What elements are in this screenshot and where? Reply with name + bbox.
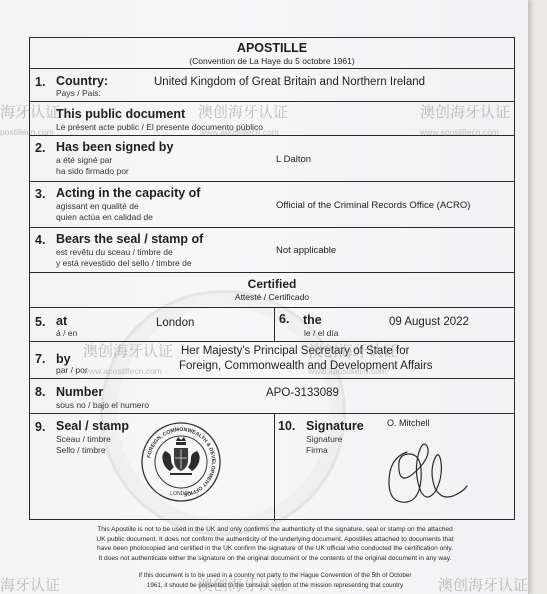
capacity-value: Official of the Criminal Records Office … <box>276 200 470 211</box>
date-value: 09 August 2022 <box>389 316 469 328</box>
signed-by-sublabel-fr: a été signé par <box>56 155 112 166</box>
watermark-text: 海牙认证 <box>0 101 60 122</box>
disclaimer-line: This Apostille is not to be used in the … <box>40 525 510 535</box>
disclaimer-line: UK public document. It does not confirm … <box>40 535 510 545</box>
country-label: Country: <box>56 74 108 88</box>
row-number: 7. <box>35 352 45 366</box>
at-sublabel: á / en <box>56 328 77 339</box>
watermark-url: www.apostillecn.com <box>308 366 387 376</box>
signature-sublabel-fr: Signature <box>306 434 342 445</box>
row-country: 1. Country: Pays / Pais: United Kingdom … <box>30 69 514 102</box>
certified-label: Certified <box>30 277 514 291</box>
watermark-url: postillecn.com <box>0 127 54 137</box>
apostille-number-value: APO-3133089 <box>266 387 339 399</box>
seal-of-label: Bears the seal / stamp of <box>56 232 203 246</box>
capacity-sublabel-fr: agissant en qualité de <box>56 201 139 212</box>
seal-of-value: Not applicable <box>276 245 336 256</box>
at-label: at <box>56 314 67 328</box>
number-sublabel: sous no / bajo el numero <box>56 400 149 411</box>
row-number: 9. <box>35 420 45 434</box>
handwritten-signature-icon <box>385 438 485 508</box>
watermark-text: 海牙认证 <box>0 574 60 594</box>
date-label: the <box>303 313 322 327</box>
watermark-text: 澳创海牙认证 <box>420 101 510 122</box>
disclaimer-line: have been photocopied and certified in t… <box>40 544 510 554</box>
place-value: London <box>156 317 194 329</box>
watermark-url: www.apostillecn.com <box>200 127 279 137</box>
watermark-url: www.apostillecn.com <box>420 127 499 137</box>
public-document-label: This public document <box>56 107 185 121</box>
capacity-label: Acting in the capacity of <box>56 186 200 200</box>
row-number: 2. <box>35 141 45 155</box>
row-seal-signature: 9. Seal / stamp Sceau / timbre Sello / t… <box>30 414 514 521</box>
seal-of-sublabel-fr: est revêtu du sceau / timbre de <box>56 247 173 258</box>
row-number: 10. <box>278 419 295 433</box>
row-signed-by: 2. Has been signed by a été signé par ha… <box>30 136 514 182</box>
date-sublabel: le / el día <box>304 328 339 339</box>
seal-of-sublabel-es: y está revestido del sello / timbre de <box>56 258 192 269</box>
signature-sublabel-es: Firma <box>306 445 328 456</box>
disclaimer-line: It does not authenticate either the sign… <box>40 554 510 564</box>
apostille-subtitle: (Convention de La Haye du 5 octobre 1961… <box>30 56 514 66</box>
signed-by-value: L Dalton <box>276 154 311 165</box>
apostille-header: APOSTILLE (Convention de La Haye du 5 oc… <box>30 38 514 69</box>
watermark-text: 澳创海牙认证 <box>198 574 288 594</box>
row-number: 8. <box>35 385 45 399</box>
fcdo-crest-icon: FOREIGN, COMMONWEALTH & DEVELOPMENT OFFI… <box>140 421 222 503</box>
row-number: 4. <box>35 233 45 247</box>
row-capacity: 3. Acting in the capacity of agissant en… <box>30 182 514 228</box>
svg-text:LONDON: LONDON <box>170 491 192 497</box>
row-number: 6. <box>279 312 289 326</box>
column-divider <box>274 308 275 341</box>
row-seal-of: 4. Bears the seal / stamp of est revêtu … <box>30 228 514 273</box>
country-value: United Kingdom of Great Britain and Nort… <box>154 76 425 88</box>
by-label: by <box>56 352 71 366</box>
watermark-text: 澳创海牙认证 <box>83 340 173 361</box>
seal-sublabel-fr: Sceau / timbre <box>56 434 111 445</box>
row-number: 1. <box>35 75 45 89</box>
watermark-text: 澳创海牙认证 <box>308 340 398 361</box>
number-label: Number <box>56 385 103 399</box>
row-certified: Certified Attesté / Certificado <box>30 273 514 308</box>
row-number: 8. Number sous no / bajo el numero APO-3… <box>30 379 514 414</box>
capacity-sublabel-es: quien actúa en calidad de <box>56 212 153 223</box>
watermark-url: www.apostillecn.com <box>83 366 162 376</box>
column-divider <box>274 414 275 521</box>
seal-label: Seal / stamp <box>56 419 129 433</box>
fcdo-stamp: FOREIGN, COMMONWEALTH & DEVELOPMENT OFFI… <box>140 421 222 503</box>
row-number: 5. <box>35 315 45 329</box>
row-place-date: 5. at á / en London 6. the le / el día 0… <box>30 308 514 342</box>
signed-by-sublabel-es: ha sido firmado por <box>56 166 129 177</box>
signer-name: O. Mitchell <box>387 418 430 428</box>
certified-sublabel: Attesté / Certificado <box>30 292 514 302</box>
seal-sublabel-es: Sello / timbre <box>56 445 106 456</box>
signature-label: Signature <box>306 419 364 433</box>
country-sublabel: Pays / Pais: <box>56 88 101 99</box>
signed-by-label: Has been signed by <box>56 140 173 154</box>
watermark-text: 澳创海牙认证 <box>198 101 288 122</box>
row-number: 3. <box>35 187 45 201</box>
by-value-line2: Foreign, Commonwealth and Development Af… <box>179 360 433 372</box>
watermark-text: 澳创海牙认证 <box>438 574 528 594</box>
apostille-title: APOSTILLE <box>30 41 514 55</box>
apostille-page: APOSTILLE (Convention de La Haye du 5 oc… <box>0 0 529 594</box>
disclaimer-paragraph: This Apostille is not to be used in the … <box>40 525 510 563</box>
